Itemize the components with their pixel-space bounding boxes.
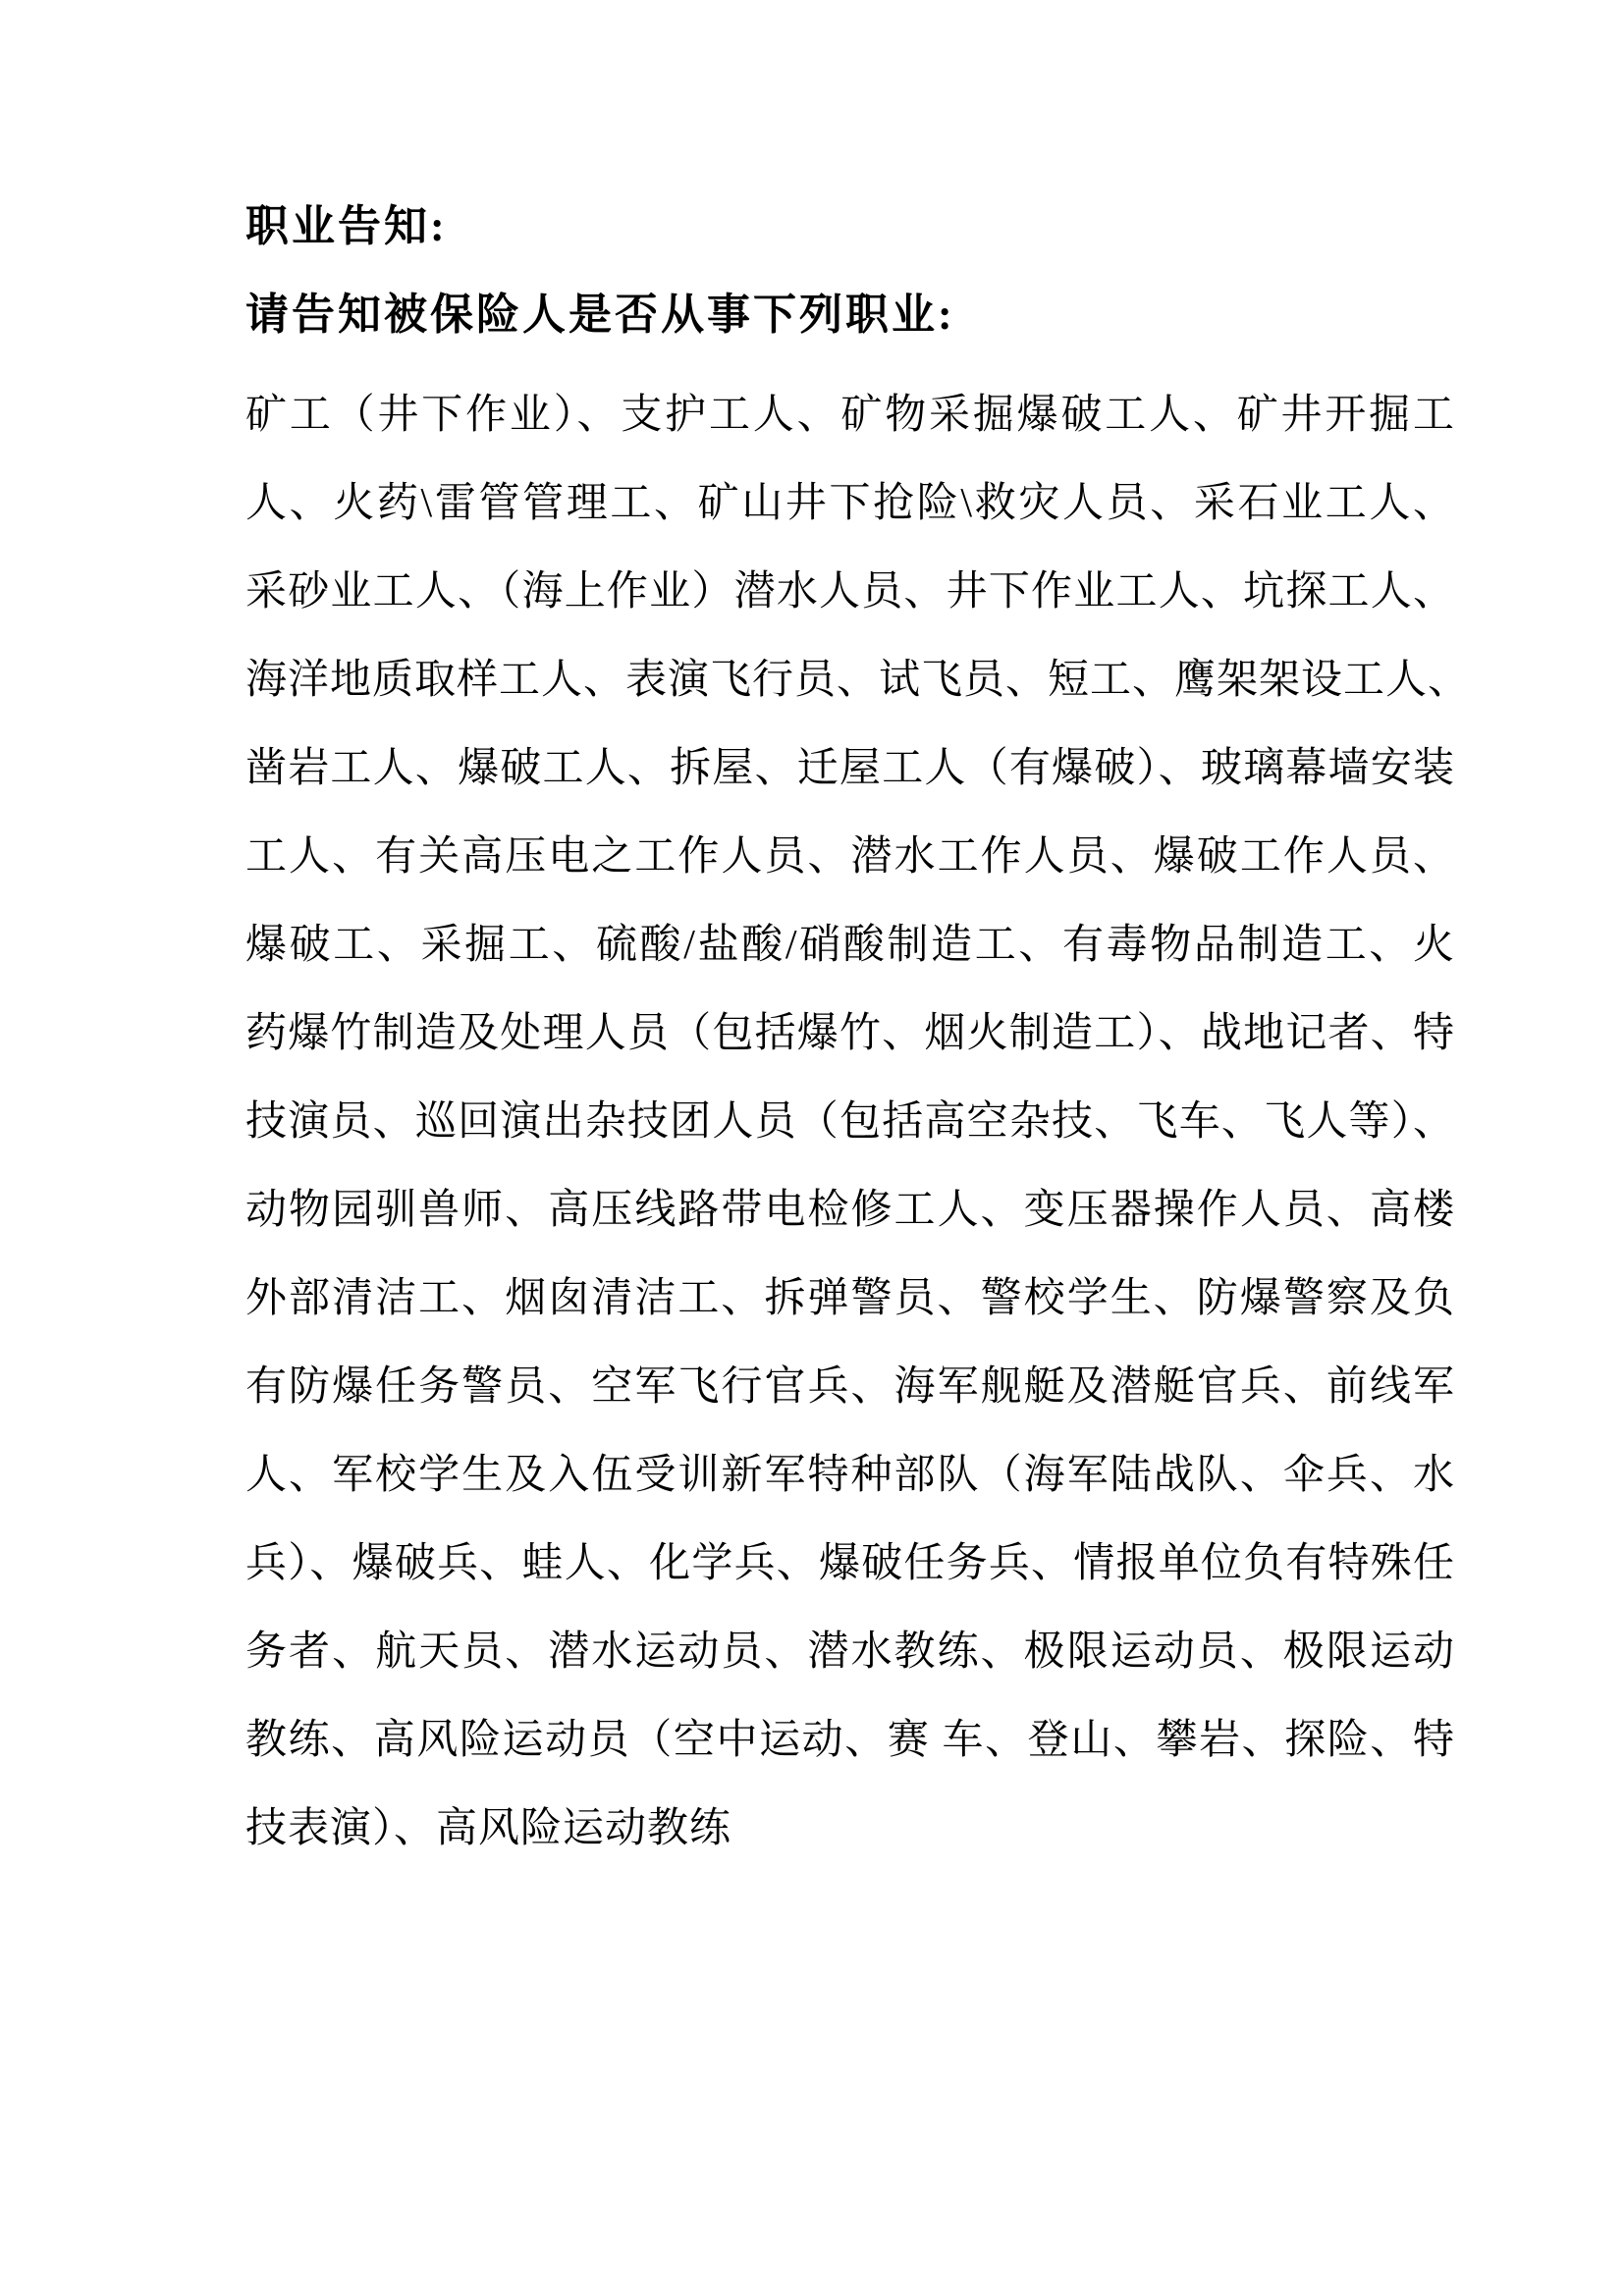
text-line: 人、火药\雷管管理工、矿山井下抢险\救灾人员、采石业工人、 bbox=[245, 459, 1455, 548]
text-line: 有防爆任务警员、空军飞行官兵、海军舰艇及潜艇官兵、前线军 bbox=[245, 1343, 1455, 1431]
text-line: 海洋地质取样工人、表演飞行员、试飞员、短工、鹰架架设工人、 bbox=[245, 636, 1455, 724]
text-line: 务者、航天员、潜水运动员、潜水教练、极限运动员、极限运动 bbox=[245, 1608, 1455, 1696]
document-content: 职业告知: 请告知被保险人是否从事下列职业: 矿工（井下作业）、支护工人、矿物采… bbox=[245, 183, 1455, 1873]
text-line: 教练、高风险运动员（空中运动、赛 车、登山、攀岩、探险、特 bbox=[245, 1696, 1455, 1785]
text-line: 药爆竹制造及处理人员（包括爆竹、烟火制造工）、战地记者、特 bbox=[245, 989, 1455, 1078]
text-line: 动物园驯兽师、高压线路带电检修工人、变压器操作人员、高楼 bbox=[245, 1166, 1455, 1255]
text-line: 凿岩工人、爆破工人、拆屋、迁屋工人（有爆破）、玻璃幕墙安装 bbox=[245, 724, 1455, 813]
text-line: 人、军校学生及入伍受训新军特种部队（海军陆战队、伞兵、水 bbox=[245, 1431, 1455, 1520]
text-line: 技表演）、高风险运动教练 bbox=[245, 1785, 1455, 1873]
occupation-notice-subtitle: 请告知被保险人是否从事下列职业: bbox=[245, 271, 1455, 359]
text-line: 矿工（井下作业）、支护工人、矿物采掘爆破工人、矿井开掘工 bbox=[245, 371, 1455, 459]
text-line: 爆破工、采掘工、硫酸/盐酸/硝酸制造工、有毒物品制造工、火 bbox=[245, 901, 1455, 989]
text-line: 兵）、爆破兵、蛙人、化学兵、爆破任务兵、情报单位负有特殊任 bbox=[245, 1520, 1455, 1608]
text-line: 采砂业工人、（海上作业）潜水人员、井下作业工人、坑探工人、 bbox=[245, 548, 1455, 636]
text-line: 外部清洁工、烟囱清洁工、拆弹警员、警校学生、防爆警察及负 bbox=[245, 1255, 1455, 1343]
text-line: 工人、有关高压电之工作人员、潜水工作人员、爆破工作人员、 bbox=[245, 813, 1455, 901]
text-line: 技演员、巡回演出杂技团人员（包括高空杂技、飞车、飞人等）、 bbox=[245, 1078, 1455, 1166]
document-page: 职业告知: 请告知被保险人是否从事下列职业: 矿工（井下作业）、支护工人、矿物采… bbox=[0, 0, 1624, 2296]
page-title: 职业告知: bbox=[245, 183, 1455, 271]
occupation-list-paragraph: 矿工（井下作业）、支护工人、矿物采掘爆破工人、矿井开掘工人、火药\雷管管理工、矿… bbox=[245, 371, 1455, 1873]
